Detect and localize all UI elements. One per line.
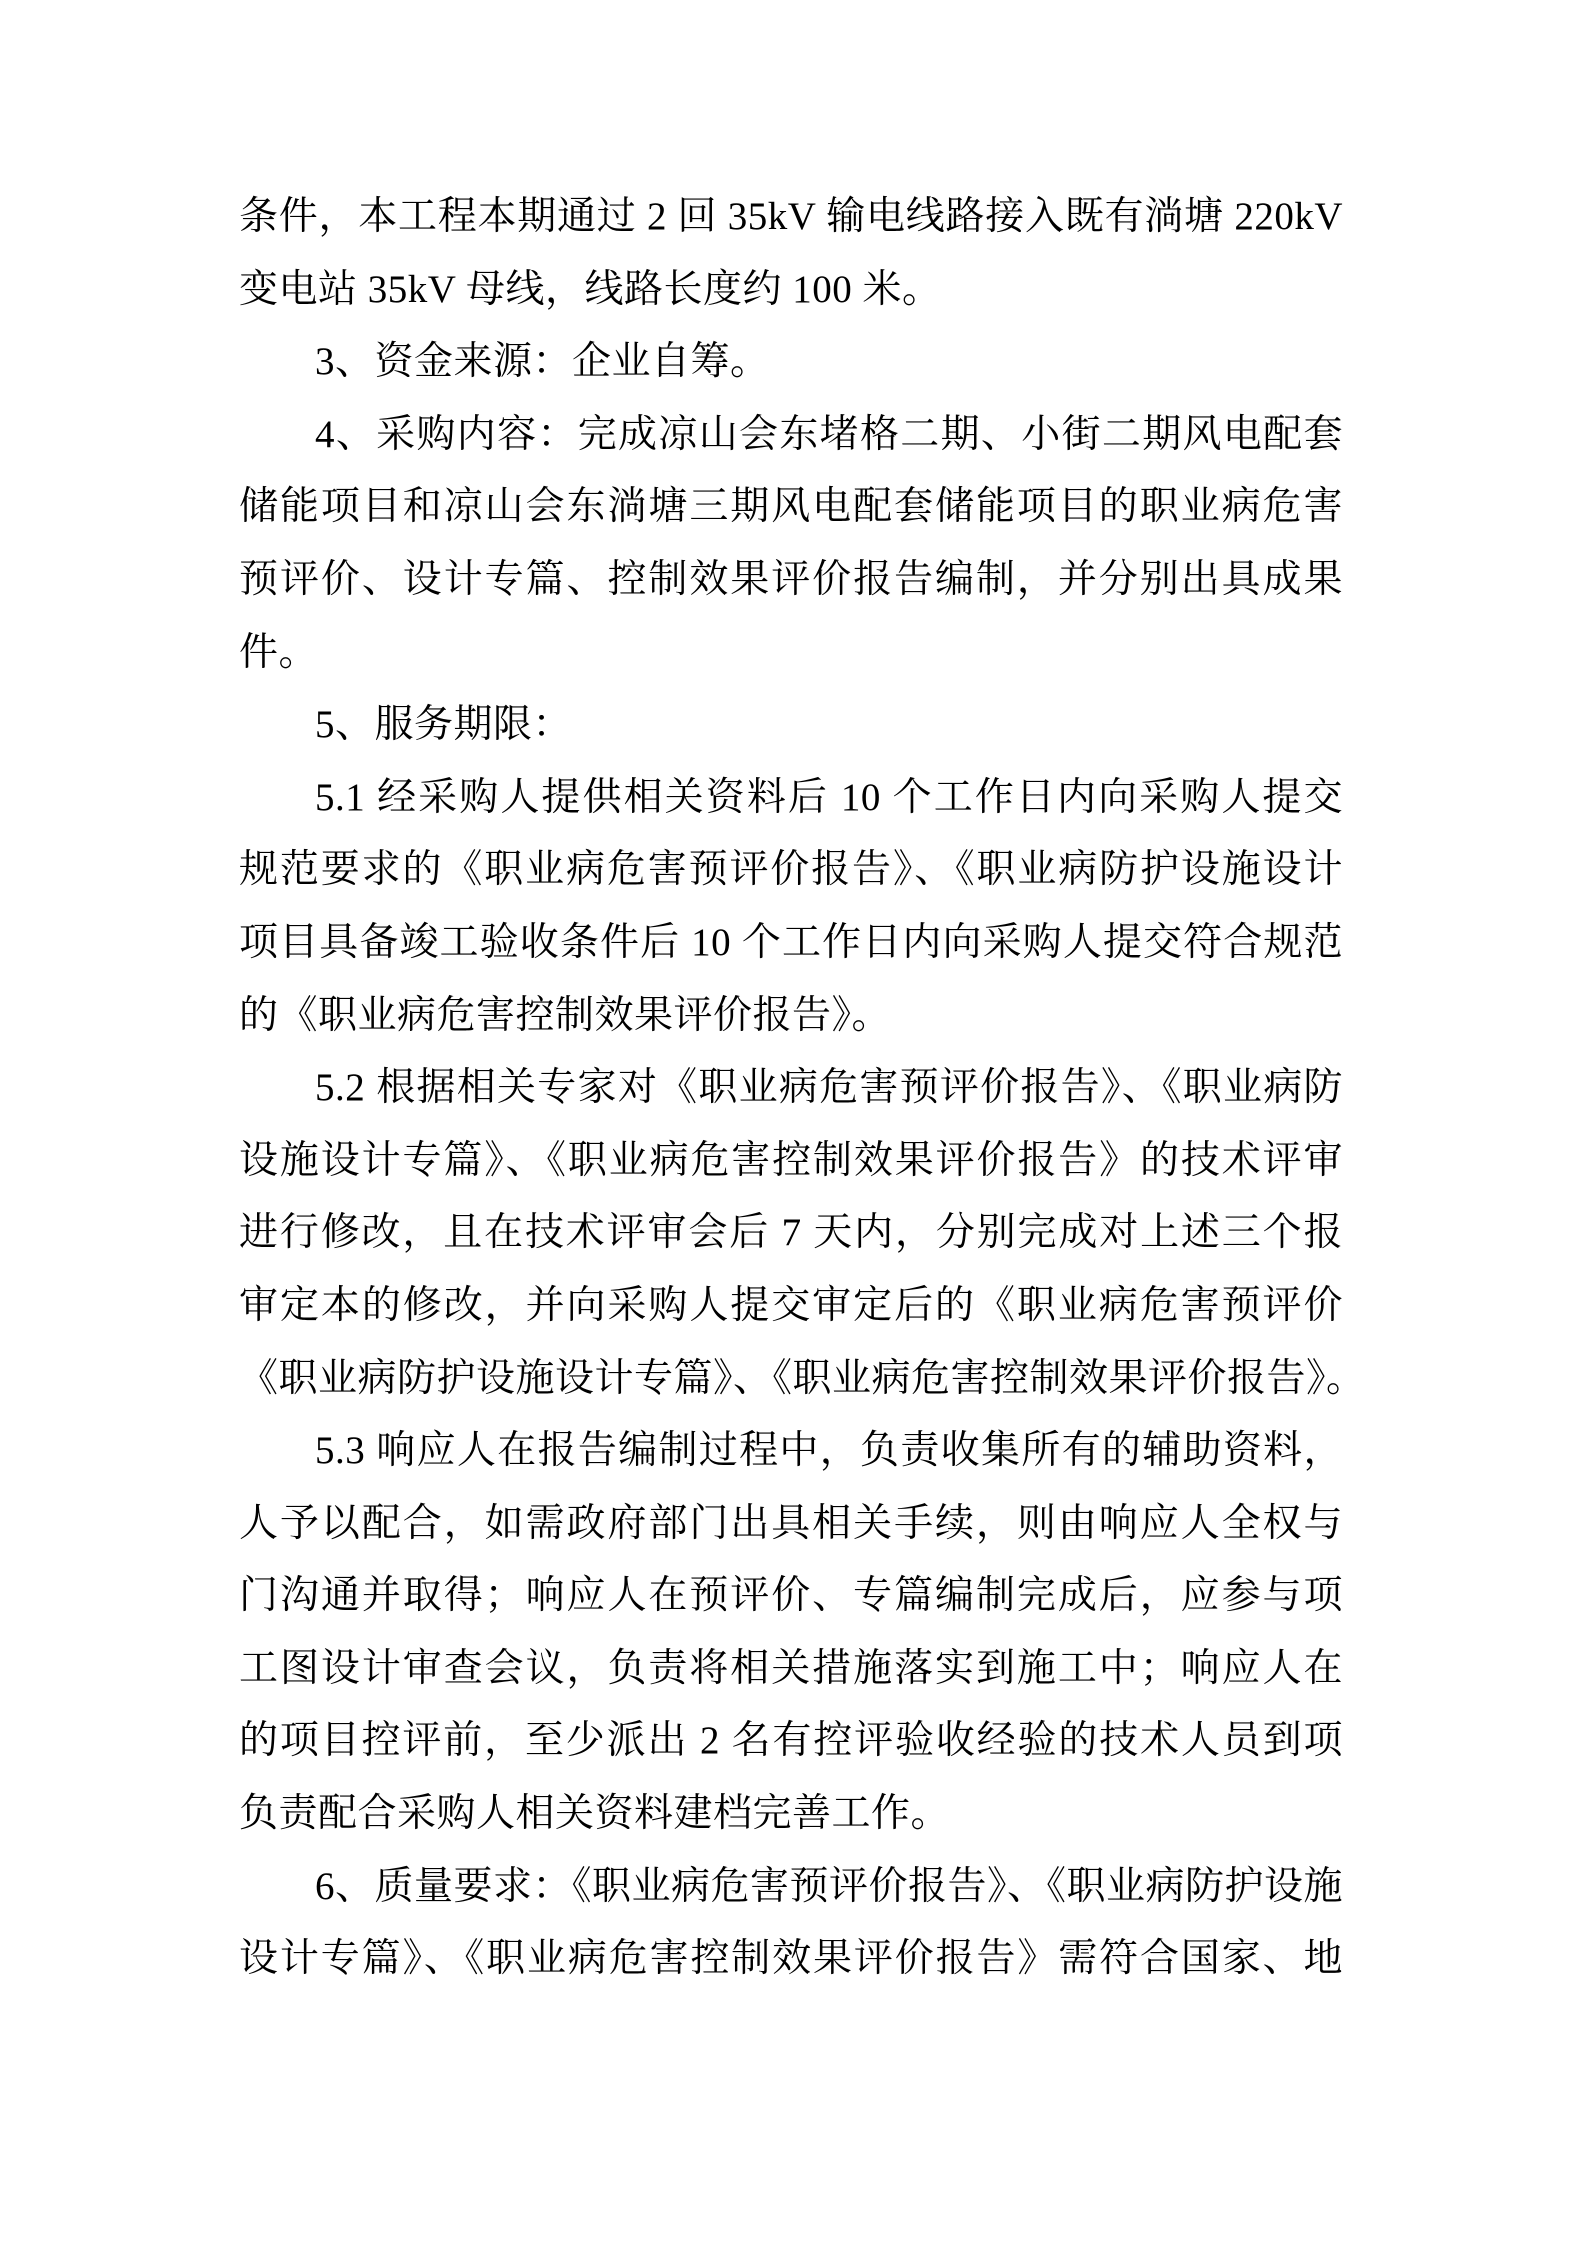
text-line: 变电站 35kV 母线，线路长度约 100 米。 [239, 254, 1343, 327]
text-line: 5.1 经采购人提供相关资料后 10 个工作日内向采购人提交符合 [239, 762, 1343, 835]
text-line: 件。 [239, 617, 1343, 690]
text-line: 3、资金来源：企业自筹。 [239, 326, 1343, 399]
text-line: 项目具备竣工验收条件后 10 个工作日内向采购人提交符合规范要求 [239, 907, 1343, 980]
text-line: 审定本的修改，并向采购人提交审定后的《职业病危害预评价报告》、 [239, 1270, 1343, 1343]
text-line: 人予以配合，如需政府部门出具相关手续，则由响应人全权与政府部 [239, 1488, 1343, 1561]
text-line: 《职业病防护设施设计专篇》、《职业病危害控制效果评价报告》。 [239, 1343, 1343, 1416]
document-page: 条件，本工程本期通过 2 回 35kV 输电线路接入既有淌塘 220kV变电站 … [0, 0, 1587, 2245]
text-line: 设计专篇》、《职业病危害控制效果评价报告》需符合国家、地区相 [239, 1923, 1343, 1996]
text-line: 6、质量要求：《职业病危害预评价报告》、《职业病防护设施 [239, 1851, 1343, 1924]
text-line: 5、服务期限： [239, 689, 1343, 762]
text-line: 4、采购内容：完成凉山会东堵格二期、小街二期风电配套 [239, 399, 1343, 472]
text-line: 5.3 响应人在报告编制过程中，负责收集所有的辅助资料，采购 [239, 1415, 1343, 1488]
text-line: 储能项目和凉山会东淌塘三期风电配套储能项目的职业病危害 [239, 471, 1343, 544]
text-line: 5.2 根据相关专家对《职业病危害预评价报告》、《职业病防护 [239, 1052, 1343, 1125]
text-line: 进行修改，且在技术评审会后 7 天内，分别完成对上述三个报告进行 [239, 1197, 1343, 1270]
text-line: 的《职业病危害控制效果评价报告》。 [239, 980, 1343, 1053]
text-line: 规范要求的《职业病危害预评价报告》、《职业病防护设施设计专篇》; [239, 834, 1343, 907]
text-line: 设施设计专篇》、《职业病危害控制效果评价报告》的技术评审意见 [239, 1125, 1343, 1198]
text-block: 条件，本工程本期通过 2 回 35kV 输电线路接入既有淌塘 220kV变电站 … [239, 181, 1343, 1996]
text-line: 门沟通并取得；响应人在预评价、专篇编制完成后，应参与项目的施 [239, 1560, 1343, 1633]
text-line: 预评价、设计专篇、控制效果评价报告编制，并分别出具成果文 [239, 544, 1343, 617]
text-line: 条件，本工程本期通过 2 回 35kV 输电线路接入既有淌塘 220kV [239, 181, 1343, 254]
text-line: 工图设计审查会议，负责将相关措施落实到施工中；响应人在采购人 [239, 1633, 1343, 1706]
text-line: 的项目控评前，至少派出 2 名有控评验收经验的技术人员到项目现场， [239, 1705, 1343, 1778]
text-line: 负责配合采购人相关资料建档完善工作。 [239, 1778, 1343, 1851]
